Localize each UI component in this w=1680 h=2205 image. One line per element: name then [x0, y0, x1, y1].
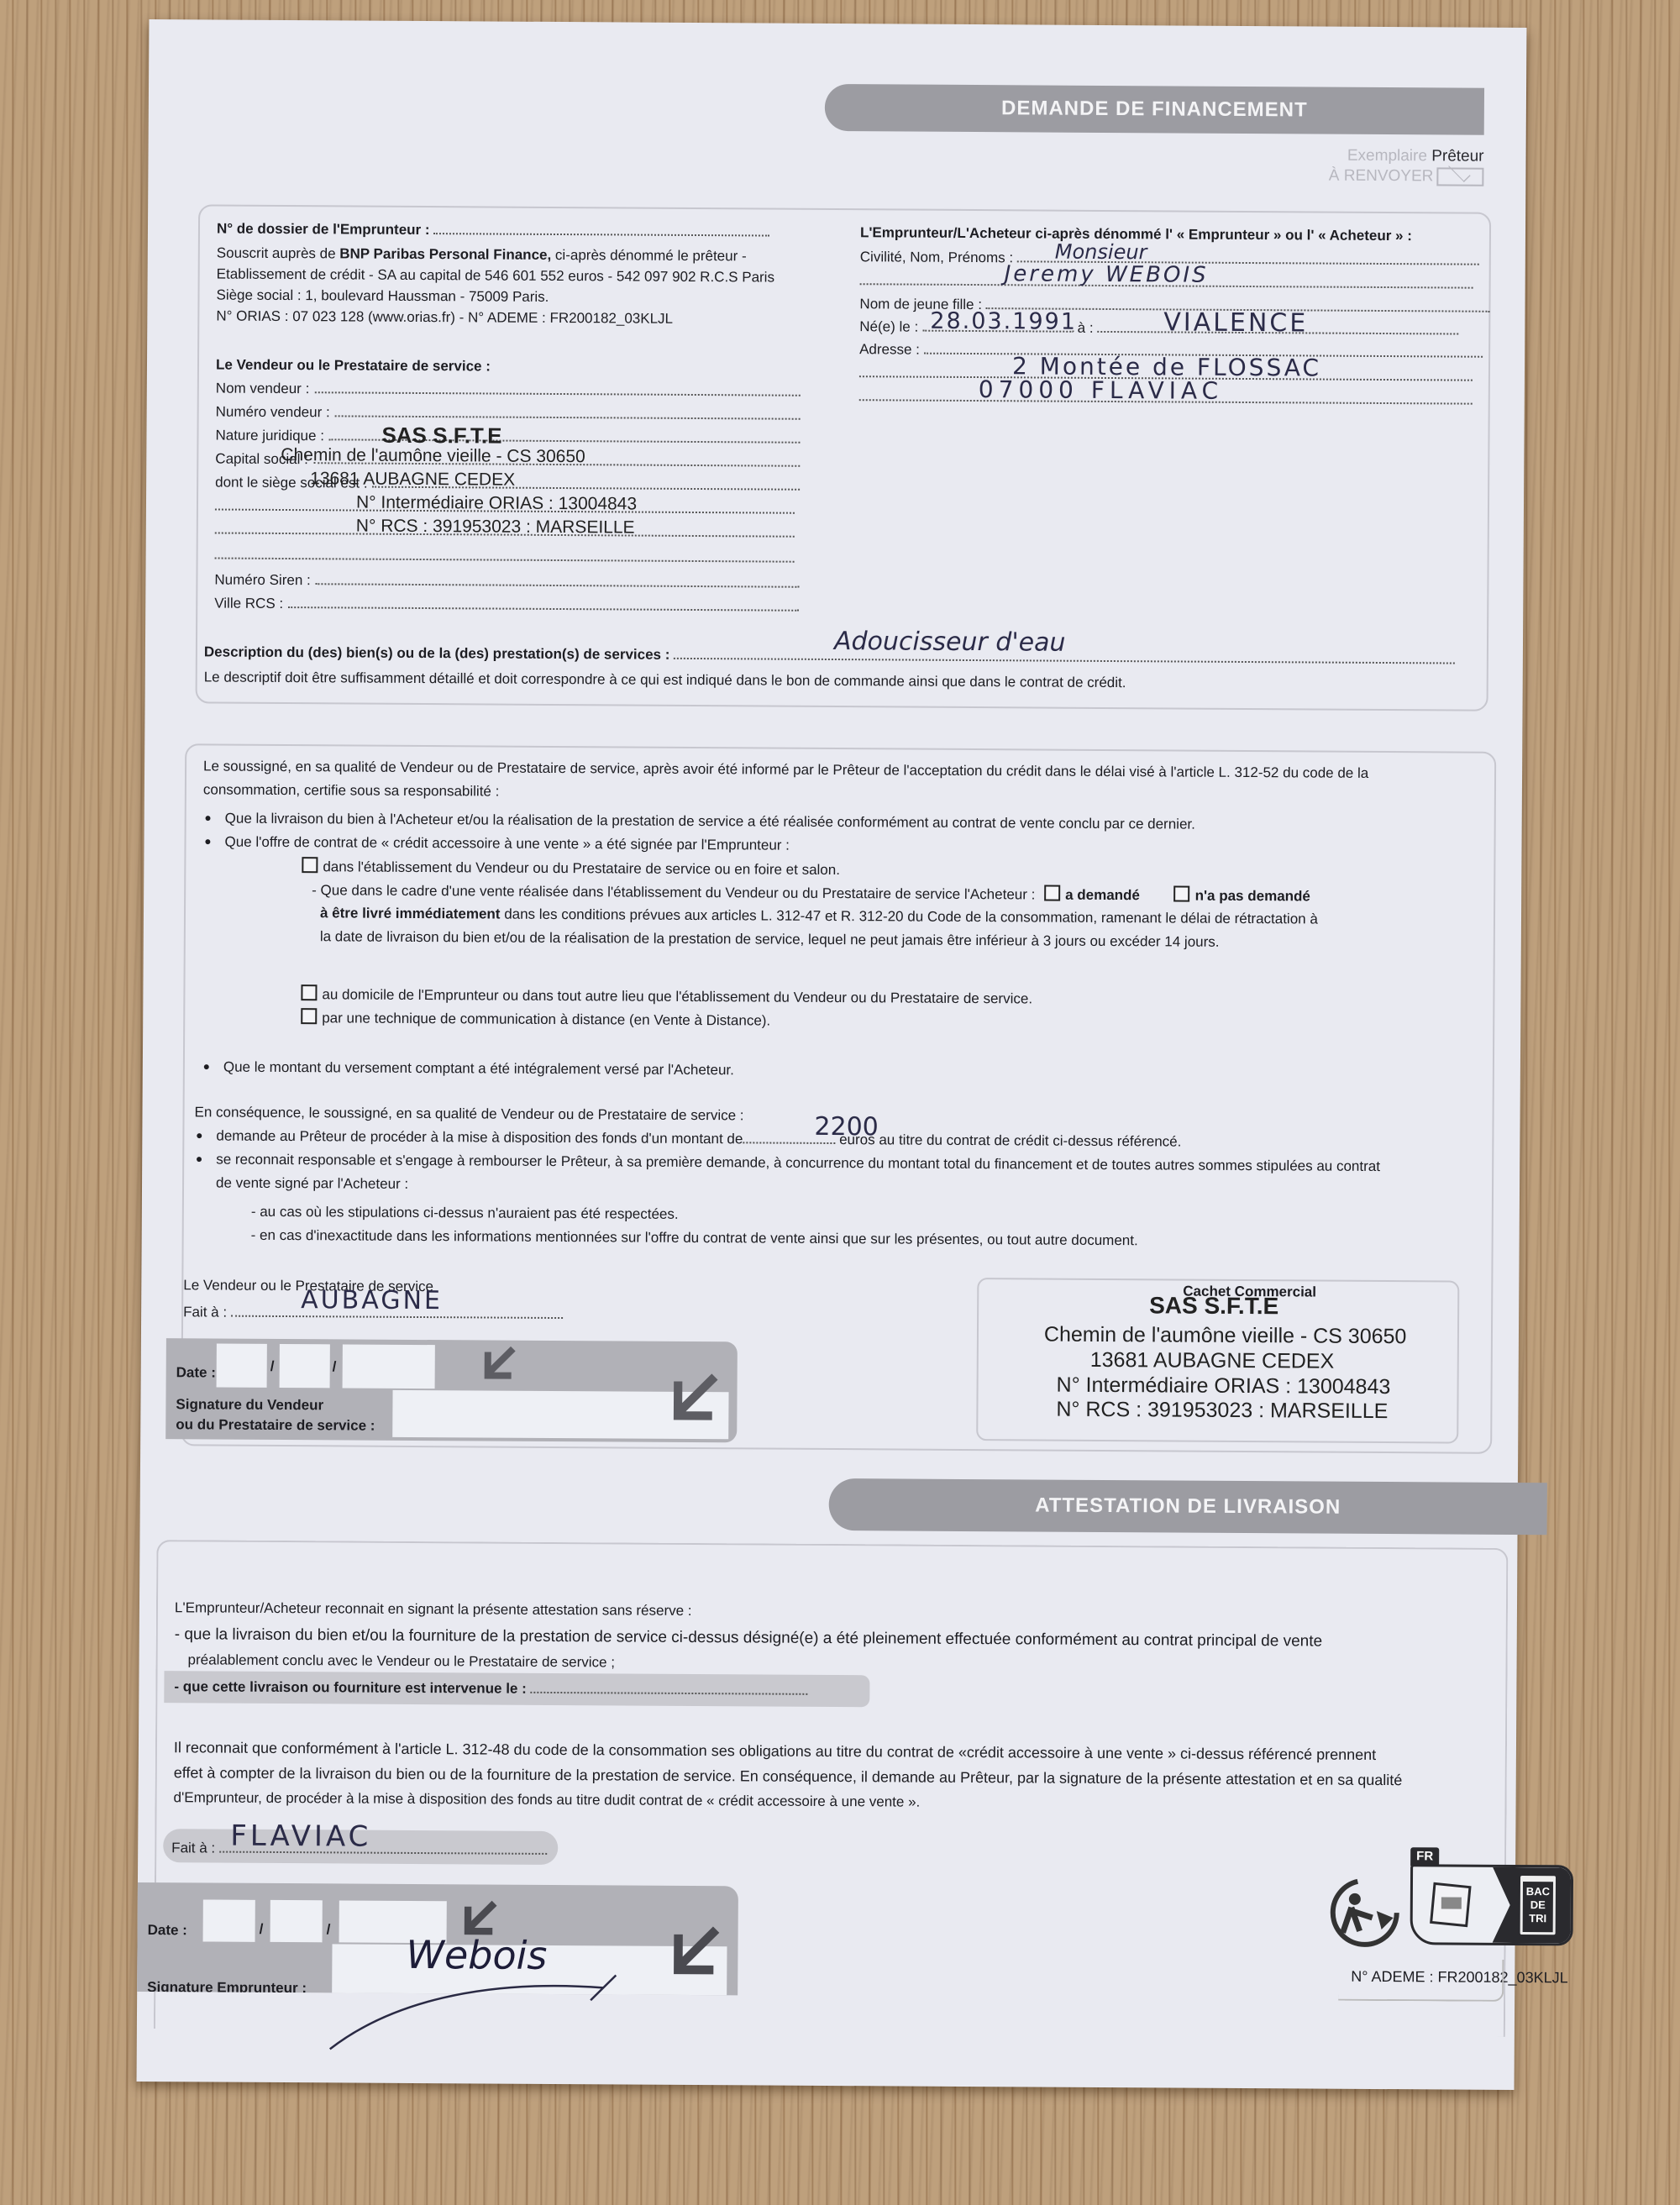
option-asked-checkbox[interactable]	[1044, 885, 1060, 901]
vendor-fields: Nom vendeur :Numéro vendeur :Nature juri…	[150, 19, 1527, 28]
stamp-line-3: 13681 AUBAGNE CEDEX	[1090, 1348, 1335, 1374]
vendor-field-row: Nom vendeur :	[216, 380, 801, 402]
vendor-field-label: Nom vendeur :	[216, 381, 310, 397]
vendor-place-value: AUBAGNE	[301, 1285, 443, 1315]
birth-label: Né(e) le :	[859, 318, 918, 334]
civility-label: Civilité, Nom, Prénoms :	[860, 249, 1013, 265]
civility-value: Monsieur	[1055, 240, 1147, 265]
option-not-asked-label: n'a pas demandé	[1195, 888, 1310, 905]
stamp-line-4: N° Intermédiaire ORIAS : 13004843	[1057, 1373, 1391, 1399]
return-label: À RENVOYER	[1329, 167, 1434, 186]
vendor-field-input[interactable]	[316, 571, 800, 588]
vendor-place-label: Fait à :	[183, 1304, 227, 1320]
borrower-place-label: Fait à :	[171, 1840, 215, 1856]
vendor-field-label: Numéro Siren :	[214, 572, 310, 589]
attestation-title: ATTESTATION DE LIVRAISON	[1035, 1494, 1341, 1519]
consequence-text: En conséquence, le soussigné, en sa qual…	[194, 1103, 743, 1125]
vendor-date-sep-1: /	[270, 1357, 275, 1376]
arrow-down-left-icon	[481, 1345, 518, 1382]
attestation-banner: ATTESTATION DE LIVRAISON	[829, 1478, 1547, 1535]
vendor-date-sep-2: /	[333, 1357, 337, 1376]
vendor-signature-label-2: ou du Prestataire de service :	[176, 1415, 375, 1435]
vendor-field-value: N° RCS : 391953023 : MARSEILLE	[356, 517, 635, 538]
stamp-line-5: N° RCS : 391953023 : MARSEILLE	[1056, 1398, 1388, 1424]
vendor-field-input[interactable]	[335, 403, 801, 419]
option-home-checkbox[interactable]	[301, 984, 317, 1000]
lender-name: BNP Paribas Personal Finance,	[339, 245, 551, 263]
form-title-banner: DEMANDE DE FINANCEMENT	[825, 84, 1484, 135]
lender-line-1: Souscrit auprès de BNP Paribas Personal …	[217, 244, 747, 266]
option-distance-label: par une technique de communication à dis…	[322, 1010, 770, 1028]
amount-value: 2200	[814, 1112, 879, 1142]
triman-recycle-icon	[1326, 1874, 1404, 1952]
borrower-signature-label: Signature Emprunteur :	[147, 1978, 307, 1992]
vendor-field-row: Numéro vendeur :	[216, 403, 801, 425]
lender-line-4: N° ORIAS : 07 023 128 (www.orias.fr) - N…	[216, 307, 673, 328]
dossier-label: N° de dossier de l'Emprunteur :	[217, 221, 430, 239]
lender-line-3: Siège social : 1, boulevard Haussman - 7…	[216, 286, 549, 307]
borrower-place-value: FLAVIAC	[230, 1819, 371, 1854]
copy-label: Exemplaire Prêteur À RENVOYER	[1329, 146, 1484, 187]
lender-line-1-suffix: ci-après dénommé le prêteur -	[551, 247, 747, 264]
cert-intro-2: consommation, certifie sous sa responsab…	[203, 780, 500, 801]
recycling-info: BAC DE TRI FR	[1326, 1845, 1574, 1965]
description-label: Description du (des) bien(s) ou de la (d…	[204, 643, 670, 662]
borrower-date-sep-2: /	[327, 1920, 331, 1939]
dossier-row: N° de dossier de l'Emprunteur :	[217, 220, 769, 242]
fund-request-prefix: demande au Prêteur de procéder à la mise…	[216, 1128, 743, 1147]
vendor-field-input[interactable]	[288, 595, 799, 612]
borrower-date-label: Date :	[148, 1921, 187, 1940]
stamp-line-2: Chemin de l'aumône vieille - CS 30650	[1044, 1323, 1407, 1350]
delivery-bold: à être livré immédiatement	[320, 905, 501, 921]
attestation-point-1b: préalablement conclu avec le Vendeur ou …	[188, 1651, 616, 1672]
vendor-field-row	[215, 546, 795, 568]
triman-panel: BAC DE TRI	[1410, 1864, 1574, 1945]
vendor-field-row: Ville RCS :	[214, 595, 799, 617]
bin-text-2: DE	[1523, 1898, 1553, 1912]
responsible-line-2: de vente signé par l'Acheteur :	[216, 1174, 408, 1194]
fund-request-suffix: euros au titre du contrat de crédit ci-d…	[839, 1131, 1181, 1149]
birth-date-value: 28.03.1991	[930, 308, 1077, 335]
vendor-field-input[interactable]	[314, 380, 800, 396]
vendor-field-input[interactable]	[215, 546, 795, 563]
birth-place-value: VIALENCE	[1163, 307, 1308, 338]
borrower-date-month[interactable]	[270, 1900, 323, 1942]
option-store-label: dans l'établissement du Vendeur ou du Pr…	[323, 858, 840, 878]
delivery-date-inner: - que cette livraison ou fourniture est …	[174, 1677, 807, 1700]
bin-text-1: BAC	[1523, 1885, 1553, 1898]
copy-label-light: Exemplaire	[1347, 147, 1427, 165]
vendor-field-value: Chemin de l'aumône vieille - CS 30650	[281, 445, 585, 467]
option-not-asked-checkbox[interactable]	[1174, 885, 1190, 901]
arrow-down-left-icon	[668, 1924, 723, 1980]
delivery-rest: dans les conditions prévues aux articles…	[500, 906, 1317, 927]
arrow-down-left-icon	[668, 1372, 722, 1425]
delivery-date-row: - que cette livraison ou fourniture est …	[164, 1671, 869, 1707]
financing-request-form: DEMANDE DE FINANCEMENT Exemplaire Prêteu…	[137, 19, 1527, 2090]
vendor-signature-label-1: Signature du Vendeur	[176, 1395, 323, 1415]
vendor-field-label: Numéro vendeur :	[216, 404, 330, 421]
option-distance: par une technique de communication à dis…	[301, 1008, 770, 1030]
lender-line-1-prefix: Souscrit auprès de	[217, 245, 340, 262]
description-value: Adoucisseur d'eau	[834, 627, 1066, 658]
option-store: dans l'établissement du Vendeur ou du Pr…	[302, 857, 840, 879]
birth-at-label: à :	[1078, 320, 1094, 336]
address-line-2-value: 07000 FLAVIAC	[979, 375, 1224, 405]
vendor-date-year[interactable]	[343, 1344, 435, 1389]
vendor-field-value: SAS S.F.T.E	[381, 423, 501, 449]
delivery-date-field[interactable]	[531, 1680, 808, 1695]
envelope-icon	[1436, 167, 1483, 186]
form-title: DEMANDE DE FINANCEMENT	[1001, 97, 1308, 122]
dossier-field[interactable]	[433, 221, 769, 236]
lender-line-2: Etablissement de crédit - SA au capital …	[217, 265, 774, 287]
attestation-intro: L'Emprunteur/Acheteur reconnait en signa…	[175, 1599, 692, 1620]
ademe-box-border	[1338, 1959, 1504, 2002]
name-value: Jeremy WEBOIS	[1005, 261, 1209, 287]
option-store-checkbox[interactable]	[302, 857, 318, 873]
cert-bullet-2: Que l'offre de contrat de « crédit acces…	[224, 833, 790, 855]
cert-bullet-3: Que le montant du versement comptant a é…	[223, 1058, 734, 1080]
option-asked-label: a demandé	[1065, 887, 1140, 904]
bin-text-3: TRI	[1523, 1912, 1553, 1925]
delivery-choice-text: - Que dans le cadre d'une vente réalisée…	[312, 882, 1035, 902]
option-home-label: au domicile de l'Emprunteur ou dans tout…	[322, 986, 1032, 1006]
option-distance-checkbox[interactable]	[301, 1008, 317, 1024]
vendor-heading: Le Vendeur ou le Prestataire de service …	[216, 356, 491, 376]
vendor-date-day[interactable]	[217, 1344, 267, 1388]
country-badge: FR	[1410, 1847, 1439, 1866]
vendor-field-label: Nature juridique :	[215, 428, 324, 444]
paper-document-icon	[1430, 1878, 1475, 1929]
borrower-date-sep-1: /	[260, 1920, 264, 1939]
recycle-bin-icon: BAC DE TRI	[1520, 1876, 1556, 1935]
vendor-field-value: 13681 AUBAGNE CEDEX	[310, 469, 515, 490]
vendor-date-label: Date :	[176, 1363, 216, 1382]
vendor-date-month[interactable]	[280, 1344, 330, 1388]
case-1: - au cas où les stipulations ci-dessus n…	[251, 1203, 679, 1224]
vendor-field-label: Ville RCS :	[214, 596, 283, 612]
stamp-line-1: SAS S.F.T.E	[1149, 1292, 1278, 1320]
borrower-date-day[interactable]	[203, 1899, 255, 1941]
delivery-date-label: - que cette livraison ou fourniture est …	[174, 1678, 527, 1697]
signature-flourish	[313, 1952, 633, 2055]
vendor-field-value: N° Intermédiaire ORIAS : 13004843	[356, 493, 637, 515]
address-label: Adresse :	[859, 341, 920, 357]
vendor-field-row: Numéro Siren :	[214, 571, 799, 593]
vendor-date-signature-panel: Date : / / Signature du Vendeur ou du Pr…	[165, 1338, 738, 1442]
